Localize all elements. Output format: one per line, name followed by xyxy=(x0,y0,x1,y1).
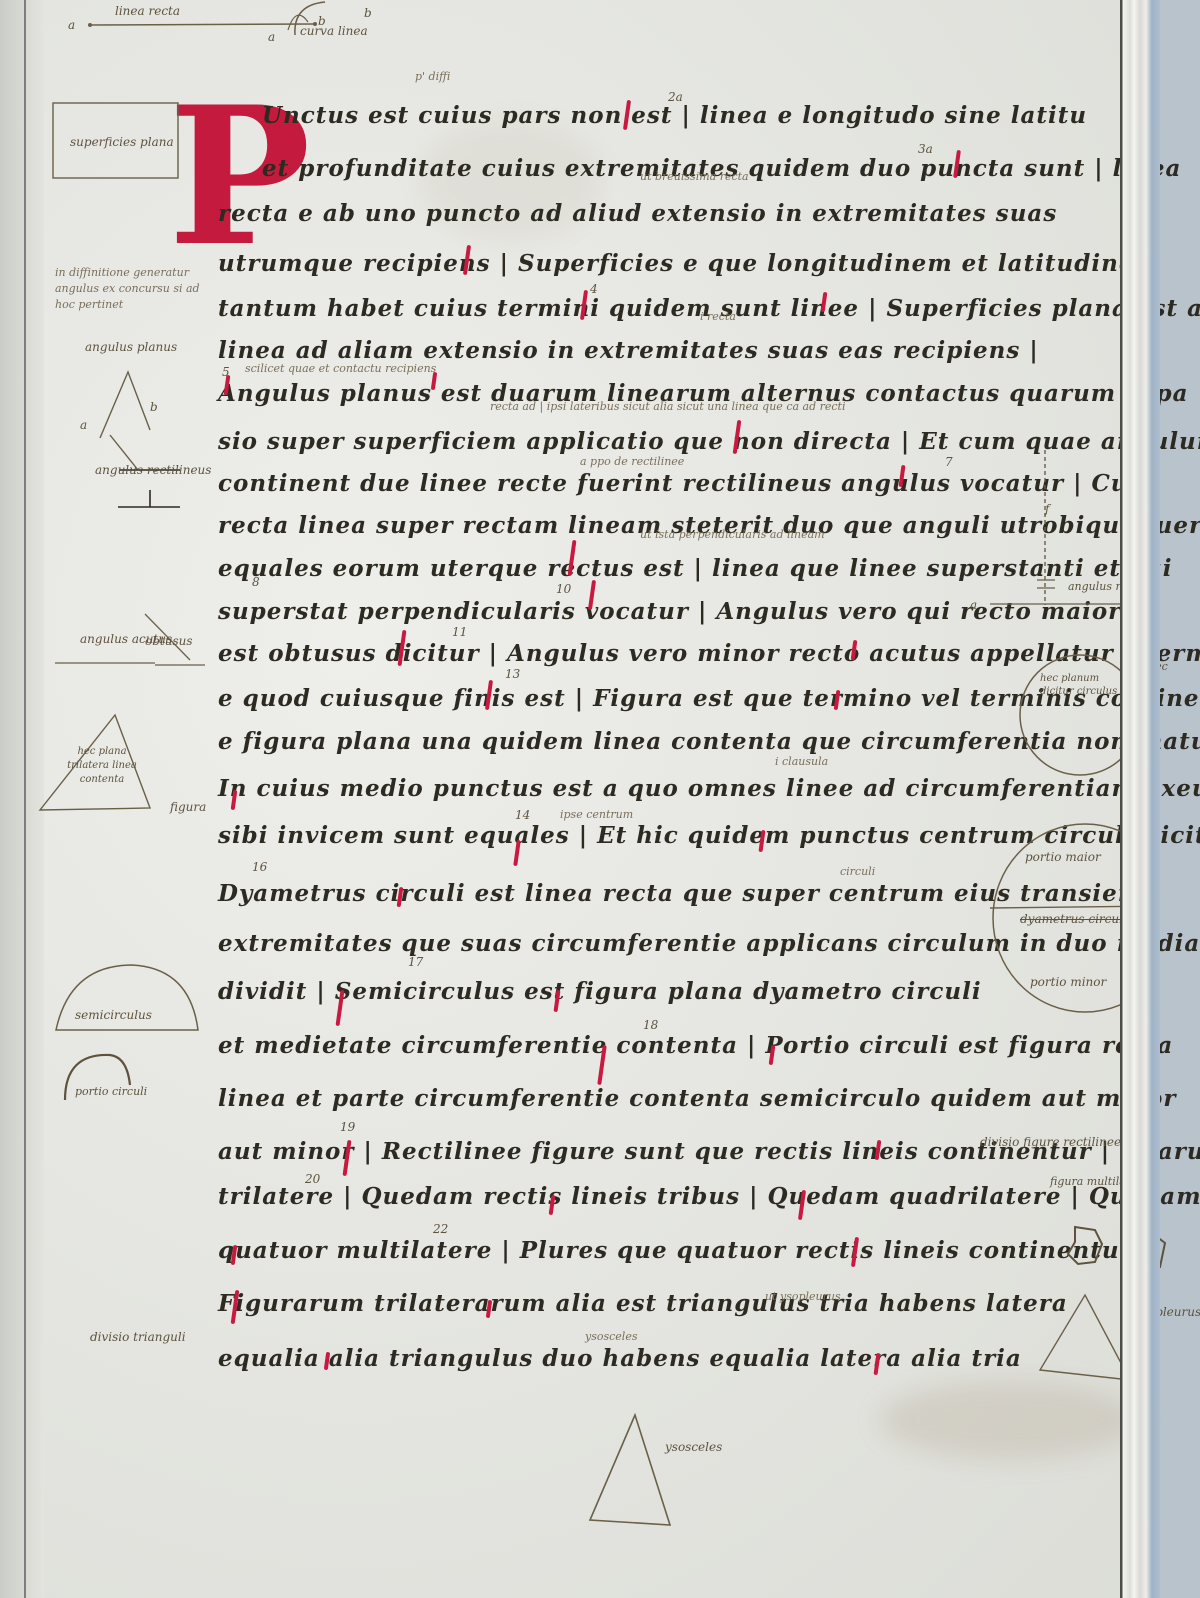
top-line-label: linea recta xyxy=(115,4,180,18)
top-line-end-a: a xyxy=(68,18,75,32)
gloss: scilicet quae et contactu recipiens xyxy=(245,362,436,375)
gloss: ut ysopleurus xyxy=(765,1290,841,1303)
def-number: 17 xyxy=(408,955,423,969)
margin-angulus-obtusus: obtusus xyxy=(145,634,193,648)
binding-line xyxy=(24,0,26,1598)
margin-rectus-f: f xyxy=(1045,502,1049,516)
def-number: 4 xyxy=(590,282,598,296)
margin-dyametrus: dyametrus circuli xyxy=(1020,912,1127,926)
def-number: 3a xyxy=(918,142,933,156)
isosceles-triangle-diagram xyxy=(575,1405,685,1535)
text-line: recta e ab uno puncto ad aliud extensio … xyxy=(218,200,1057,227)
def-number: 10 xyxy=(556,582,571,596)
top-curve-b: b xyxy=(364,6,372,20)
gloss: recta ad | ipsi lateribus sicut alia sic… xyxy=(490,400,846,413)
gloss: ysosceles xyxy=(585,1330,637,1343)
def-number: 20 xyxy=(305,1172,320,1186)
margin-angulus-rectilineus: angulus rectilineus xyxy=(95,463,211,477)
page-edge xyxy=(1120,0,1160,1598)
gloss: circuli xyxy=(840,865,875,878)
text-line: equalia alia triangulus duo habens equal… xyxy=(218,1345,1022,1372)
gloss: p' diffi xyxy=(415,70,450,83)
margin-figura: figura xyxy=(170,800,206,814)
top-curve-a: a xyxy=(268,30,275,44)
margin-semicirculus: semicirculus xyxy=(75,1008,152,1022)
def-number: 19 xyxy=(340,1120,355,1134)
text-line: linea ad aliam extensio in extremitates … xyxy=(218,337,1039,364)
gloss: ut ista perpendicularis ad lineam xyxy=(640,528,825,541)
margin-angle-b: b xyxy=(150,400,158,414)
gloss: i clausula xyxy=(775,755,828,768)
margin-circle-text: hec planum dicitur circulus xyxy=(1040,672,1120,698)
margin-angulus-planus: angulus planus xyxy=(85,340,177,354)
def-number: 13 xyxy=(505,667,520,681)
def-number: 7 xyxy=(945,455,953,469)
def-number: 14 xyxy=(515,808,530,822)
margin-divisio: divisio trianguli xyxy=(90,1330,186,1344)
gloss: ut breuissima recta xyxy=(640,170,749,183)
def-number: 18 xyxy=(643,1018,658,1032)
margin-superficies: superficies plana xyxy=(70,135,174,149)
margin-divisio-rectilinee: divisio figure rectilinee xyxy=(980,1135,1121,1149)
def-number: 16 xyxy=(252,860,267,874)
text-line: utrumque recipiens | Superficies e que l… xyxy=(218,250,1160,277)
text-line: Figurarum trilaterarum alia est triangul… xyxy=(218,1290,1068,1317)
margin-rectus-a: a xyxy=(970,598,977,612)
stain xyxy=(880,1380,1140,1460)
margin-ysosceles: ysosceles xyxy=(665,1440,722,1454)
text-line: et medietate circumferentie contenta | P… xyxy=(218,1032,1173,1059)
manuscript-page: linea recta a b curva linea a b P superf… xyxy=(0,0,1160,1598)
hexagon-diagram xyxy=(1060,1222,1120,1272)
def-number: 22 xyxy=(433,1222,448,1236)
gloss: a ppo de rectilinee xyxy=(580,455,684,468)
text-line: Unctus est cuius pars non est | linea e … xyxy=(262,102,1087,129)
margin-triangle-text: hec plana trilatera linea contenta xyxy=(62,745,142,787)
margin-portio-circuli: portio circuli xyxy=(75,1085,147,1098)
def-number: 8 xyxy=(252,575,260,589)
def-number: 2a xyxy=(668,90,683,104)
text-line: linea et parte circumferentie contenta s… xyxy=(218,1085,1177,1112)
gloss: ipse centrum xyxy=(560,808,633,821)
margin-angulus-def: in diffinitione generatur angulus ex con… xyxy=(55,265,205,313)
def-number: 11 xyxy=(452,625,467,639)
gloss: i recta xyxy=(700,310,736,323)
top-curve-label: curva linea xyxy=(300,24,368,38)
text-line: quatuor multilatere | Plures que quatuor… xyxy=(218,1237,1133,1264)
margin-portio-minor: portio minor xyxy=(1030,975,1106,989)
margin-portio-maior: portio maior xyxy=(1025,850,1101,864)
semicircle-diagram xyxy=(50,960,210,1040)
text-line: dividit | Semicirculus est figura plana … xyxy=(218,978,982,1005)
